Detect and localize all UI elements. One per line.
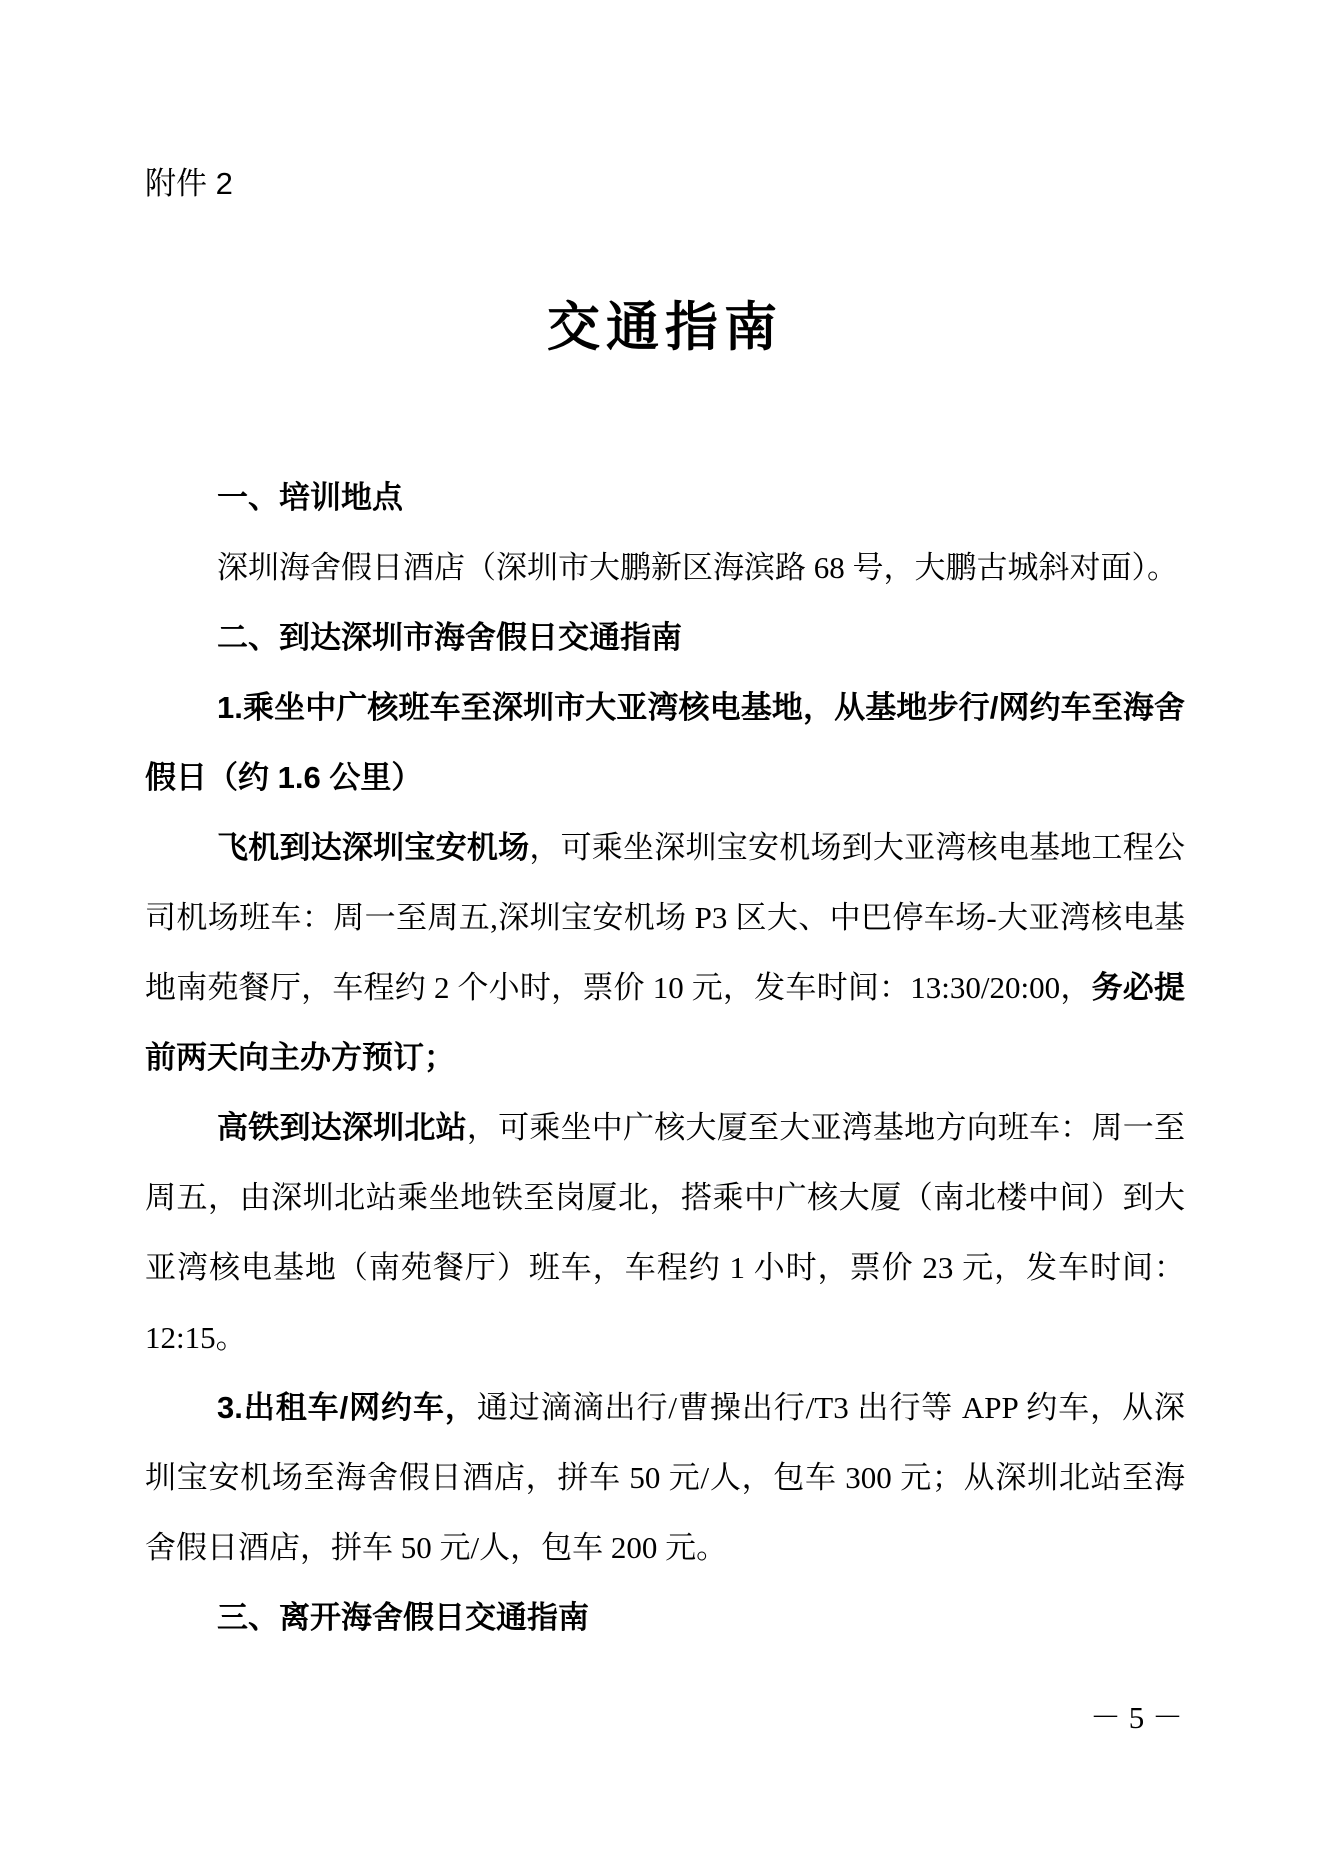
- plane-lead: 飞机到达深圳宝安机场: [217, 830, 529, 865]
- section-3-heading: 三、离开海舍假日交通指南: [145, 1583, 1185, 1653]
- train-paragraph: 高铁到达深圳北站，可乘坐中广核大厦至大亚湾基地方向班车：周一至周五，由深圳北站乘…: [145, 1093, 1185, 1373]
- page-number: － 5 －: [1090, 1698, 1183, 1738]
- train-body: ，可乘坐中广核大厦至大亚湾基地方向班车：周一至周五，由深圳北站乘坐地铁至岗厦北，…: [145, 1110, 1185, 1355]
- train-lead: 高铁到达深圳北站: [217, 1110, 467, 1145]
- document-body: 一、培训地点 深圳海舍假日酒店（深圳市大鹏新区海滨路 68 号，大鹏古城斜对面）…: [145, 463, 1185, 1653]
- taxi-lead: 3.出租车/网约车，: [217, 1390, 477, 1425]
- section-2-heading: 二、到达深圳市海舍假日交通指南: [145, 603, 1185, 673]
- document-content: 附件 2 交通指南 一、培训地点 深圳海舍假日酒店（深圳市大鹏新区海滨路 68 …: [145, 0, 1185, 1653]
- taxi-paragraph: 3.出租车/网约车，通过滴滴出行/曹操出行/T3 出行等 APP 约车，从深圳宝…: [145, 1373, 1185, 1583]
- section-1-paragraph: 深圳海舍假日酒店（深圳市大鹏新区海滨路 68 号，大鹏古城斜对面）。: [145, 533, 1185, 603]
- document-title: 交通指南: [145, 297, 1185, 359]
- document-page: 附件 2 交通指南 一、培训地点 深圳海舍假日酒店（深圳市大鹏新区海滨路 68 …: [0, 0, 1323, 1871]
- attachment-label: 附件 2: [145, 0, 1185, 203]
- shuttle-item-heading: 1.乘坐中广核班车至深圳市大亚湾核电基地，从基地步行/网约车至海舍假日（约 1.…: [145, 673, 1185, 813]
- plane-paragraph: 飞机到达深圳宝安机场，可乘坐深圳宝安机场到大亚湾核电基地工程公司机场班车：周一至…: [145, 813, 1185, 1093]
- section-1-heading: 一、培训地点: [145, 463, 1185, 533]
